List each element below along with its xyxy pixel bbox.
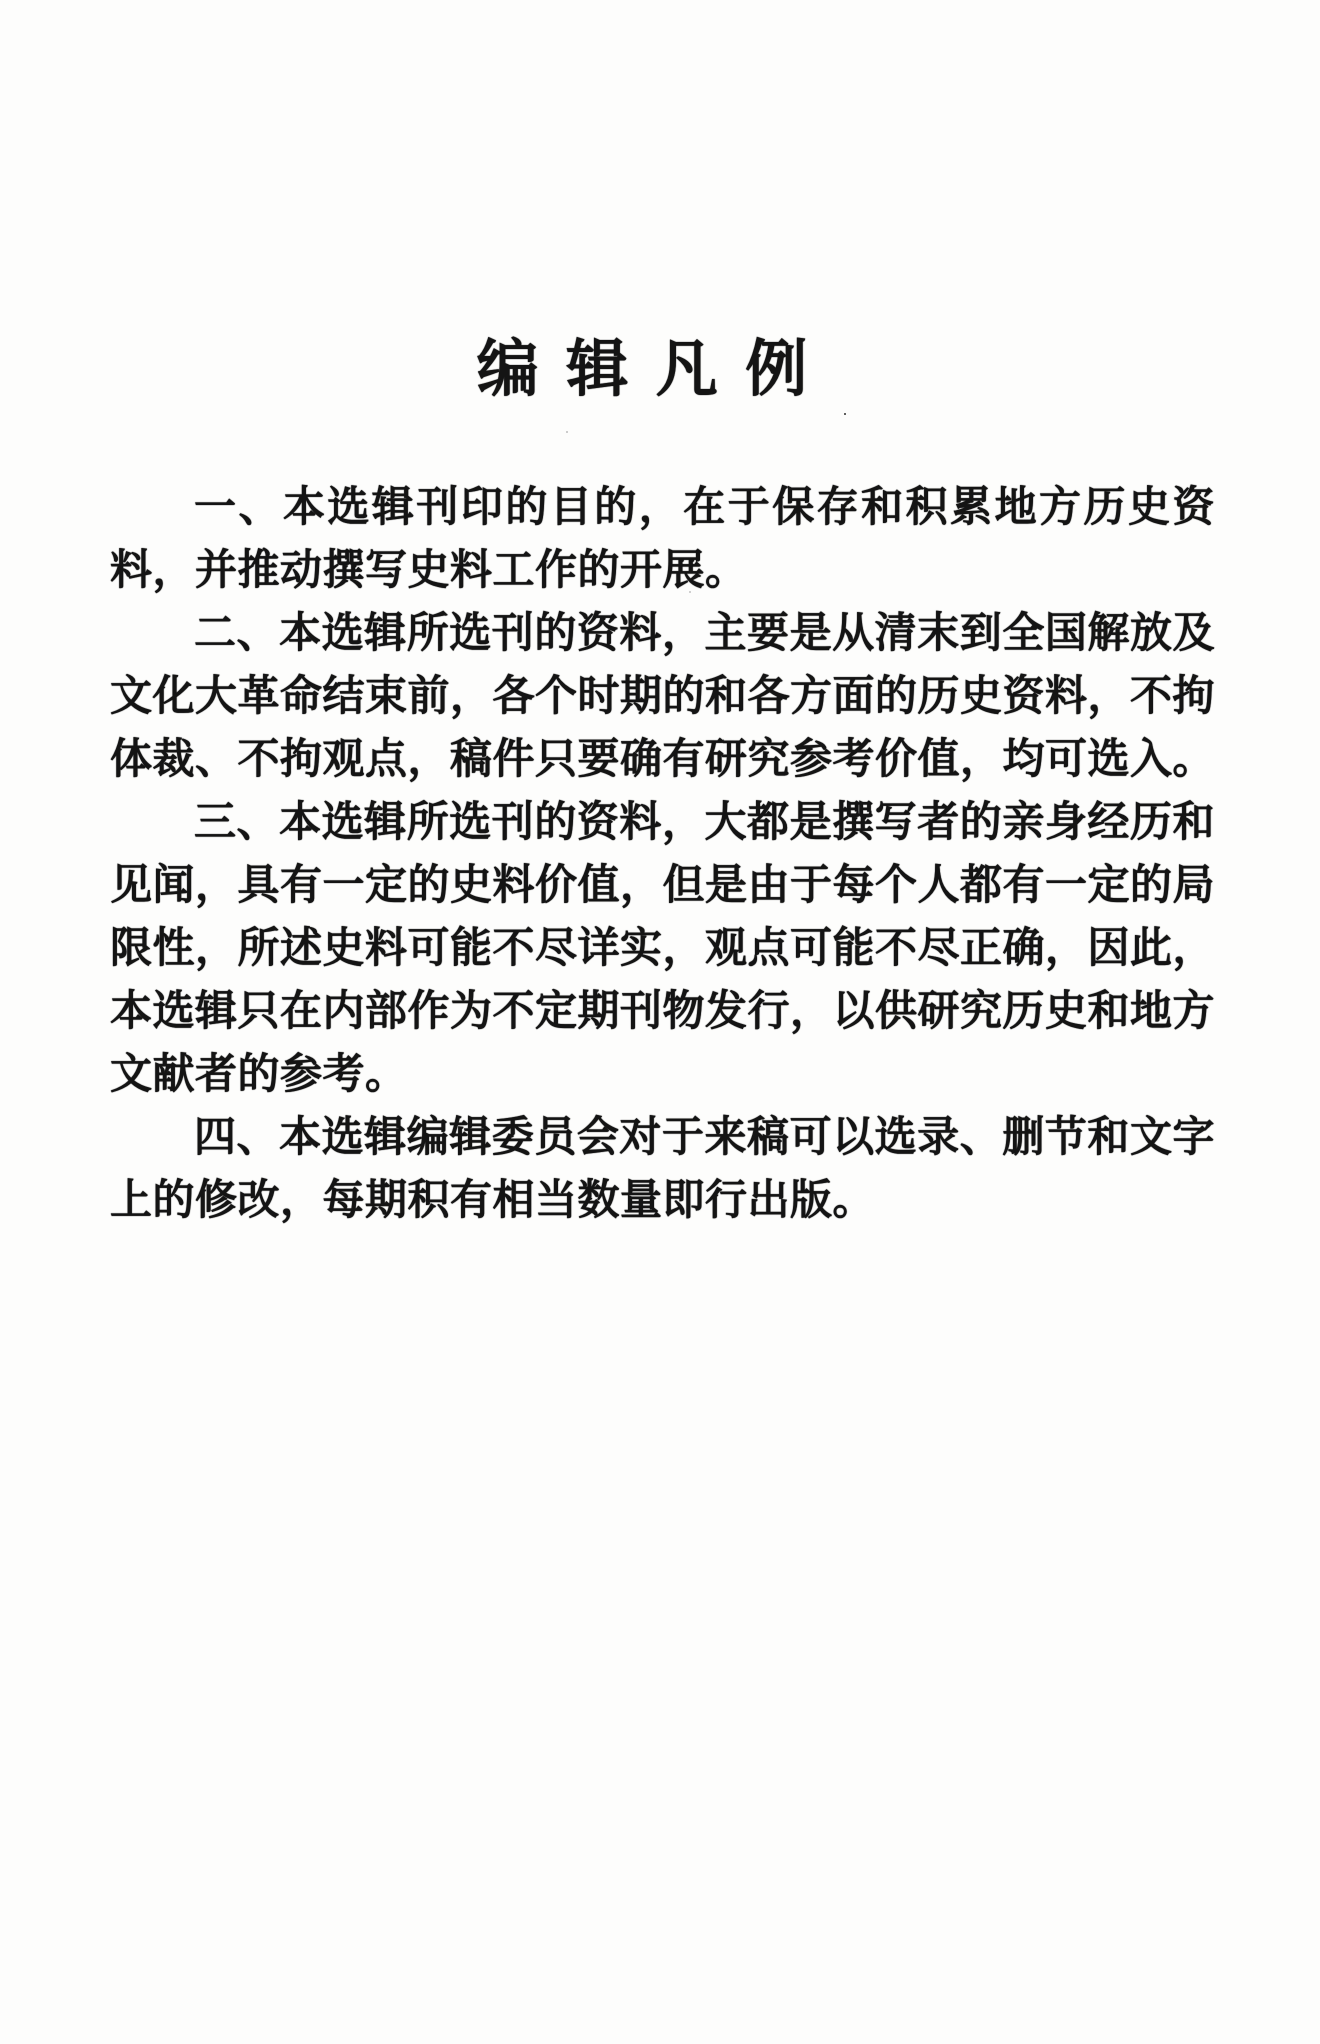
paragraph-1-line-1: 一、本选辑刊印的目的，在于保存和积累地方历史资 [110, 477, 1215, 540]
paragraph-1-line-2: 料，并推动撰写史料工作的开展。 [110, 540, 1215, 603]
paragraph-4-line-2: 上的修改，每期积有相当数量即行出版。 [110, 1170, 1215, 1233]
paragraph-2-line-3: 体裁、不拘观点，稿件只要确有研究参考价值，均可选入。 [110, 729, 1215, 792]
page-title: 编 辑 凡 例 [0, 330, 1290, 410]
paragraph-3-line-5: 文献者的参考。 [110, 1044, 1215, 1107]
paragraph-3-line-4: 本选辑只在内部作为不定期刊物发行，以供研究历史和地方 [110, 981, 1215, 1044]
paragraph-3-line-2: 见闻，具有一定的史料价值，但是由于每个人都有一定的局 [110, 855, 1215, 918]
paragraph-2-line-2: 文化大革命结束前，各个时期的和各方面的历史资料，不拘 [110, 666, 1215, 729]
paragraph-4-line-1: 四、本选辑编辑委员会对于来稿可以选录、删节和文字 [110, 1107, 1215, 1170]
paragraph-3-line-1: 三、本选辑所选刊的资料，大都是撰写者的亲身经历和 [110, 792, 1215, 855]
paragraph-2-line-1: 二、本选辑所选刊的资料，主要是从清末到全国解放及 [110, 603, 1215, 666]
paragraph-3-line-3: 限性，所述史料可能不尽详实，观点可能不尽正确，因此， [110, 918, 1215, 981]
scanned-document-page: 编 辑 凡 例 一、本选辑刊印的目的，在于保存和积累地方历史资 料，并推动撰写史… [0, 0, 1320, 2044]
document-body: 一、本选辑刊印的目的，在于保存和积累地方历史资 料，并推动撰写史料工作的开展。 … [110, 477, 1215, 1233]
